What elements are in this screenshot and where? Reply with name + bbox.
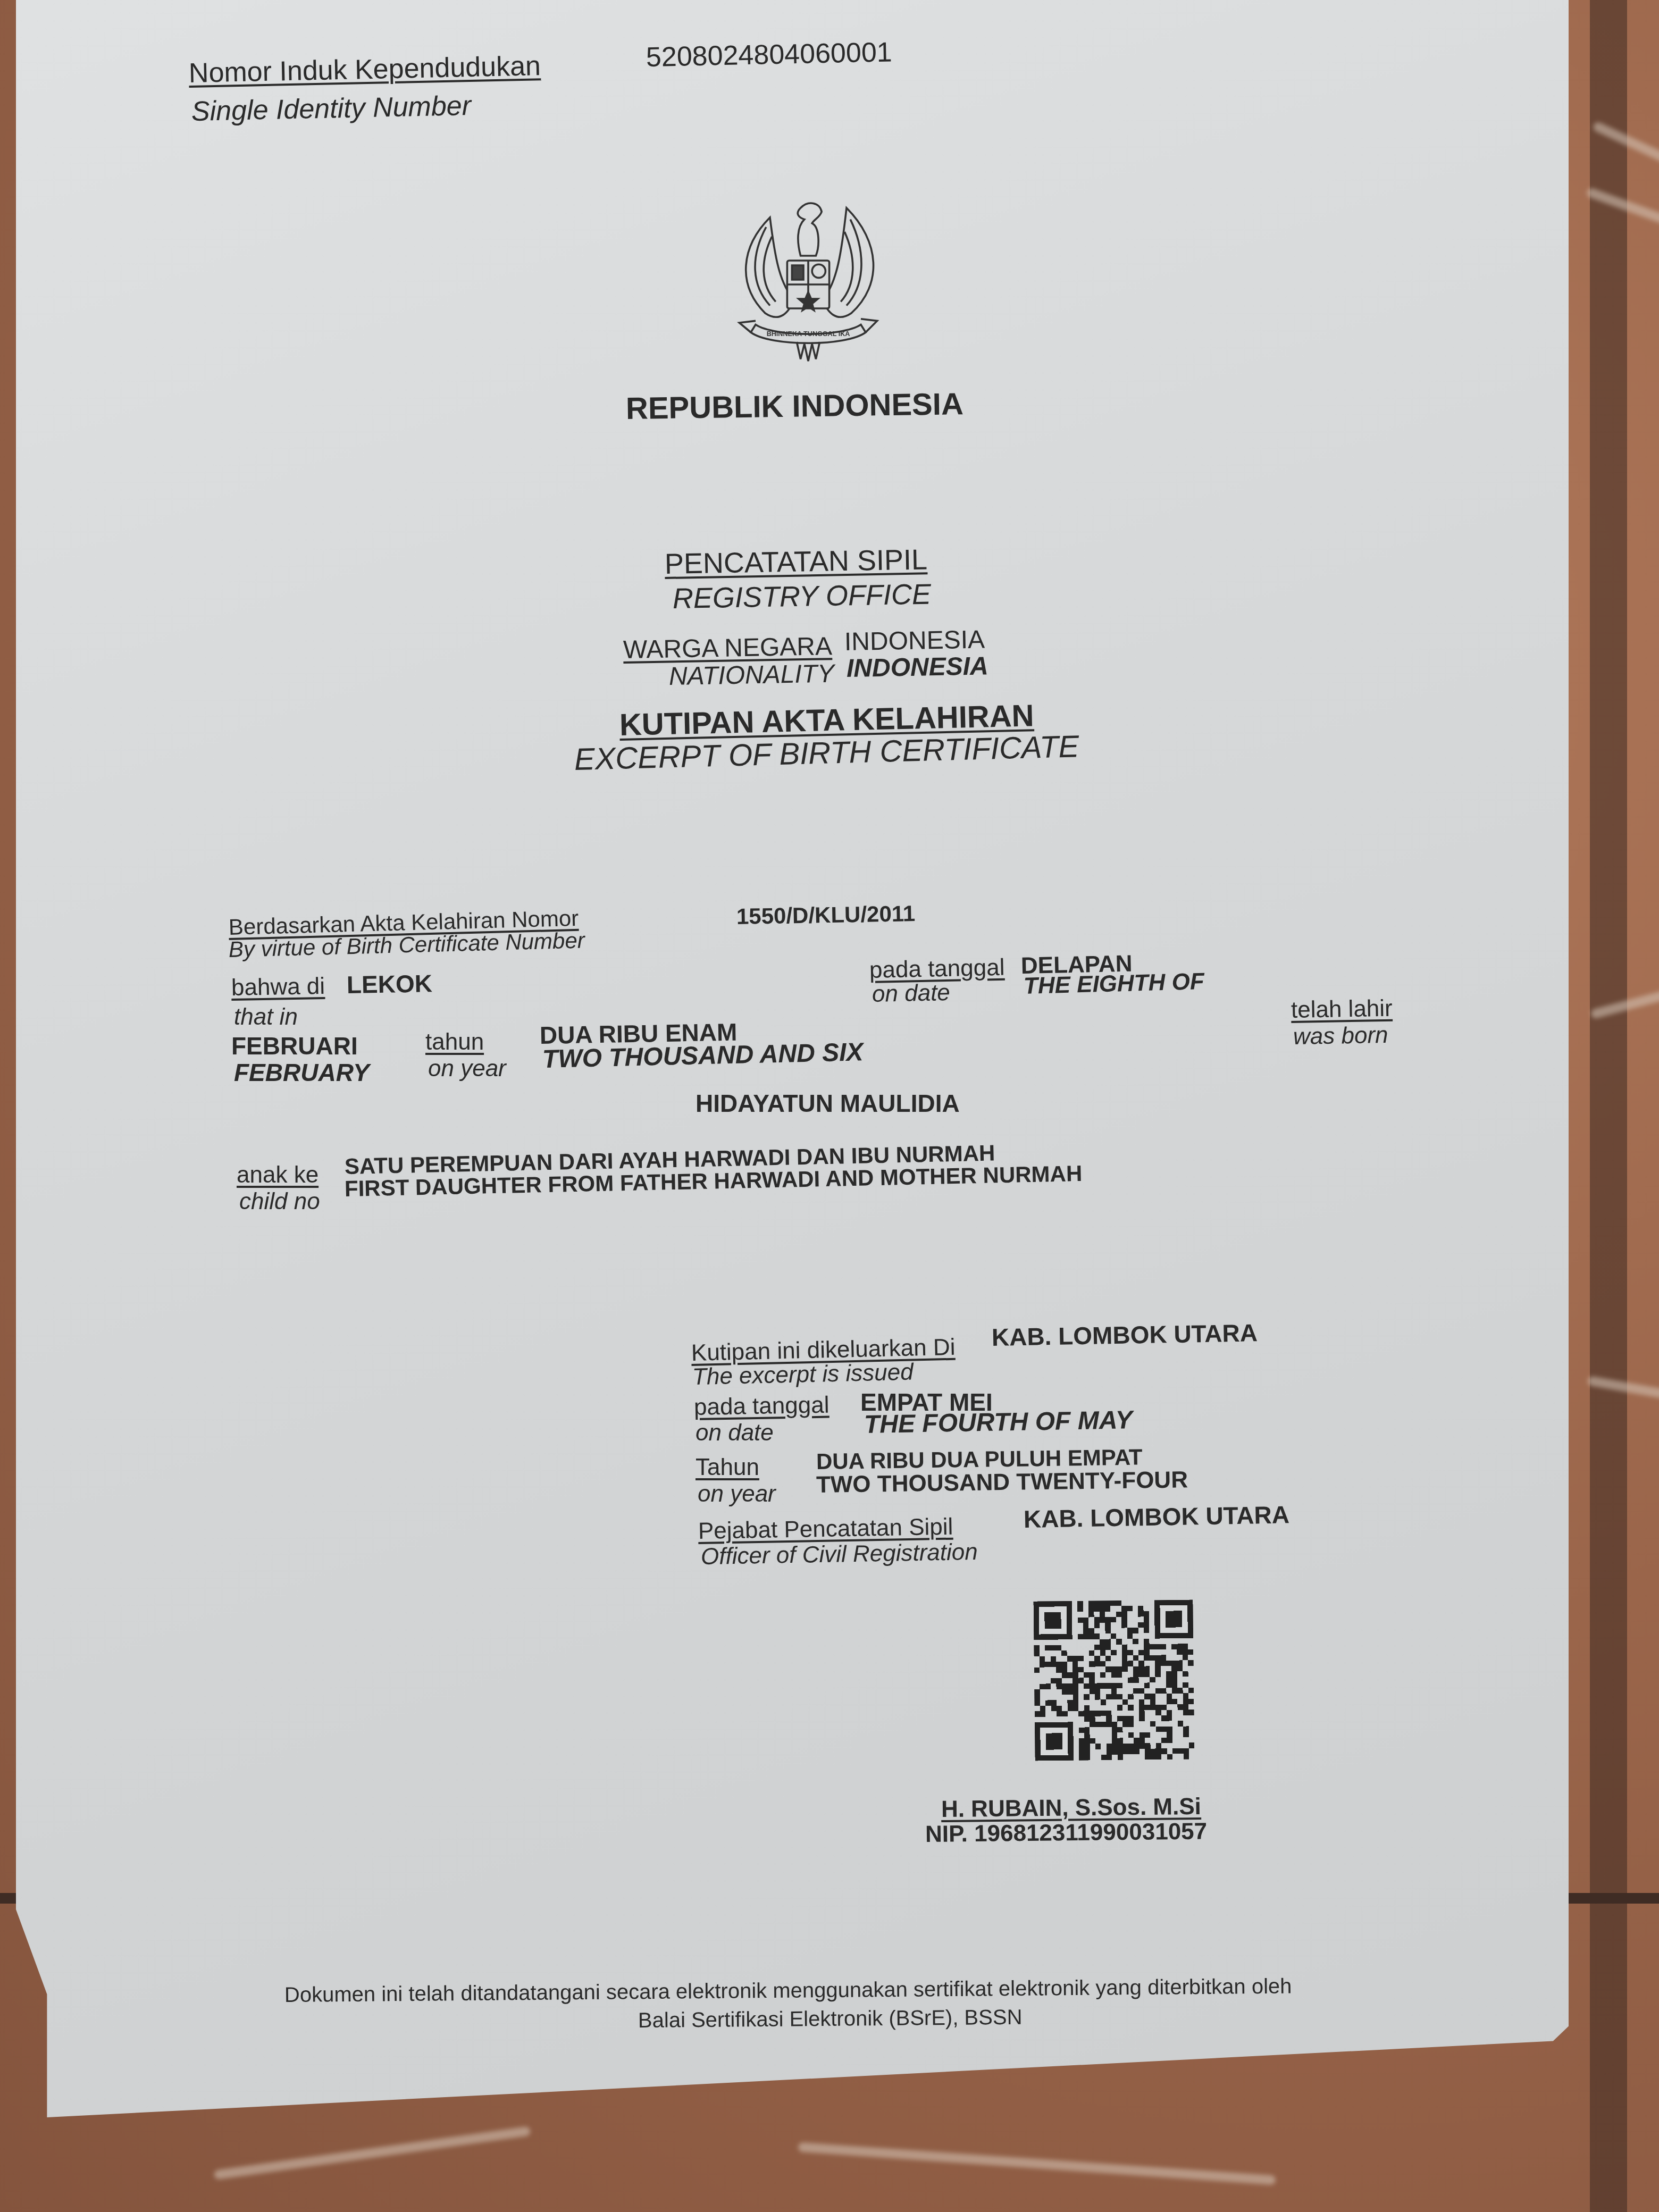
child-order-label-en: child no	[239, 1188, 320, 1215]
birthplace-label: bahwa di	[231, 973, 325, 1001]
garuda-pancasila-emblem-icon: BHINNEKA TUNGGAL IKA	[713, 189, 904, 380]
born-label-en: was born	[1293, 1022, 1388, 1050]
issued-place-label-en: The excerpt is issued	[692, 1359, 914, 1390]
birthplace-value: LEKOK	[347, 969, 433, 999]
issued-year-value-en: TWO THOUSAND TWENTY-FOUR	[816, 1467, 1188, 1498]
child-name: HIDAYATUN MAULIDIA	[696, 1089, 960, 1118]
nationality-label-en: NATIONALITY	[669, 659, 835, 691]
nik-label-en: Single Identity Number	[191, 90, 471, 128]
office-label-en: REGISTRY OFFICE	[672, 578, 931, 615]
birth-month-value: FEBRUARI	[231, 1032, 358, 1060]
nationality-value-en: INDONESIA	[847, 651, 989, 683]
birth-year-label-en: on year	[428, 1055, 506, 1082]
emblem-motto: BHINNEKA TUNGGAL IKA	[767, 330, 850, 338]
issued-year-label-en: on year	[698, 1481, 776, 1507]
birthplace-label-en: that in	[234, 1004, 298, 1030]
footer-line-1: Dokumen ini telah ditandatangani secara …	[284, 1974, 1292, 2007]
nik-value: 5208024804060001	[646, 36, 892, 73]
qr-code-icon[interactable]	[1033, 1599, 1194, 1761]
floor-tile-streak	[1587, 1376, 1659, 1399]
nik-label: Nomor Induk Kependudukan	[188, 50, 541, 89]
child-order-label: anak ke	[237, 1162, 319, 1188]
birth-month-value-en: FEBRUARY	[234, 1058, 370, 1087]
issued-year-label: Tahun	[696, 1454, 759, 1481]
officer-label-en: Officer of Civil Registration	[701, 1539, 978, 1570]
birth-certificate-paper: Nomor Induk Kependudukan Single Identity…	[16, 0, 1569, 2122]
country-title: REPUBLIK INDONESIA	[626, 386, 964, 426]
birth-day-value-en: THE EIGHTH OF	[1023, 968, 1204, 1000]
floor-tile-streak	[798, 2142, 1276, 2185]
floor-tile-streak	[1590, 990, 1659, 1019]
floor-tile-streak	[214, 2126, 531, 2180]
born-label: telah lahir	[1291, 995, 1393, 1024]
office-label: PENCATATAN SIPIL	[664, 543, 927, 581]
officer-region: KAB. LOMBOK UTARA	[1024, 1500, 1290, 1534]
officer-nip: NIP. 196812311990031057	[925, 1818, 1208, 1848]
footer-line-2: Balai Sertifikasi Elektronik (BSrE), BSS…	[638, 2006, 1023, 2033]
cert-number-value: 1550/D/KLU/2011	[736, 901, 916, 929]
floor-tile-streak	[1592, 121, 1659, 165]
floor-tile-streak	[1586, 187, 1659, 227]
issued-date-value-en: THE FOURTH OF MAY	[864, 1405, 1133, 1439]
issued-place-value: KAB. LOMBOK UTARA	[992, 1318, 1258, 1352]
issued-date-label-en: on date	[696, 1420, 774, 1446]
issued-date-label: pada tanggal	[694, 1392, 829, 1421]
birth-date-label-en: on date	[872, 979, 950, 1008]
birth-year-label: tahun	[425, 1029, 484, 1055]
